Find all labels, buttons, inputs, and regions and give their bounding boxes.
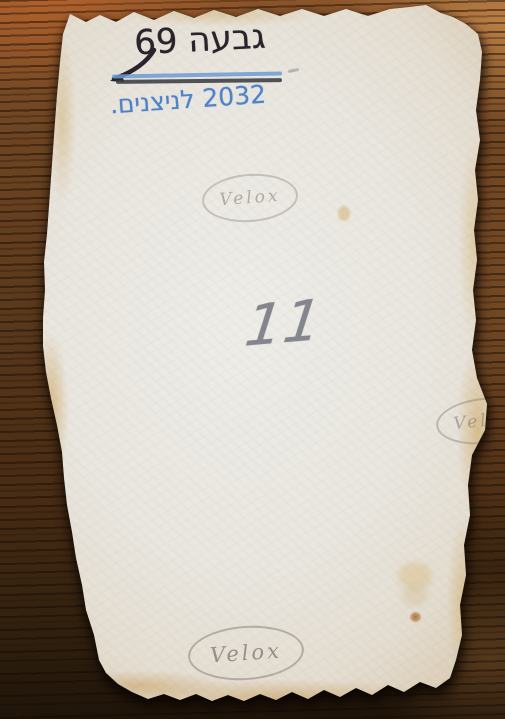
velox-watermark-stamp-top: Velox: [200, 171, 299, 226]
velox-stamp-label: Velox: [209, 639, 282, 668]
small-yellow-stain: [338, 206, 350, 221]
photo-paper-shadow-wrap: גבעה 69 2032 לניצנים. Velox 11 Velox Vel…: [0, 0, 505, 719]
penciled-number: 11: [235, 289, 331, 357]
photo-back-paper: גבעה 69 2032 לניצנים. Velox 11 Velox Vel…: [0, 0, 505, 719]
faint-stain-halo: [402, 586, 428, 606]
velox-watermark-stamp-bottom: Velox: [186, 622, 305, 684]
yellow-stain-blob: [398, 562, 432, 590]
velox-watermark-stamp-right-partial: Velox: [434, 393, 505, 449]
velox-stamp-label: Velox: [453, 408, 505, 434]
wood-table-background: גבעה 69 2032 לניצנים. Velox 11 Velox Vel…: [0, 0, 505, 719]
ink-flourish-arrow: [100, 40, 180, 92]
brown-spot-stain: [410, 612, 421, 622]
velox-stamp-label: Velox: [219, 186, 281, 210]
stray-pencil-dash: [288, 68, 299, 73]
